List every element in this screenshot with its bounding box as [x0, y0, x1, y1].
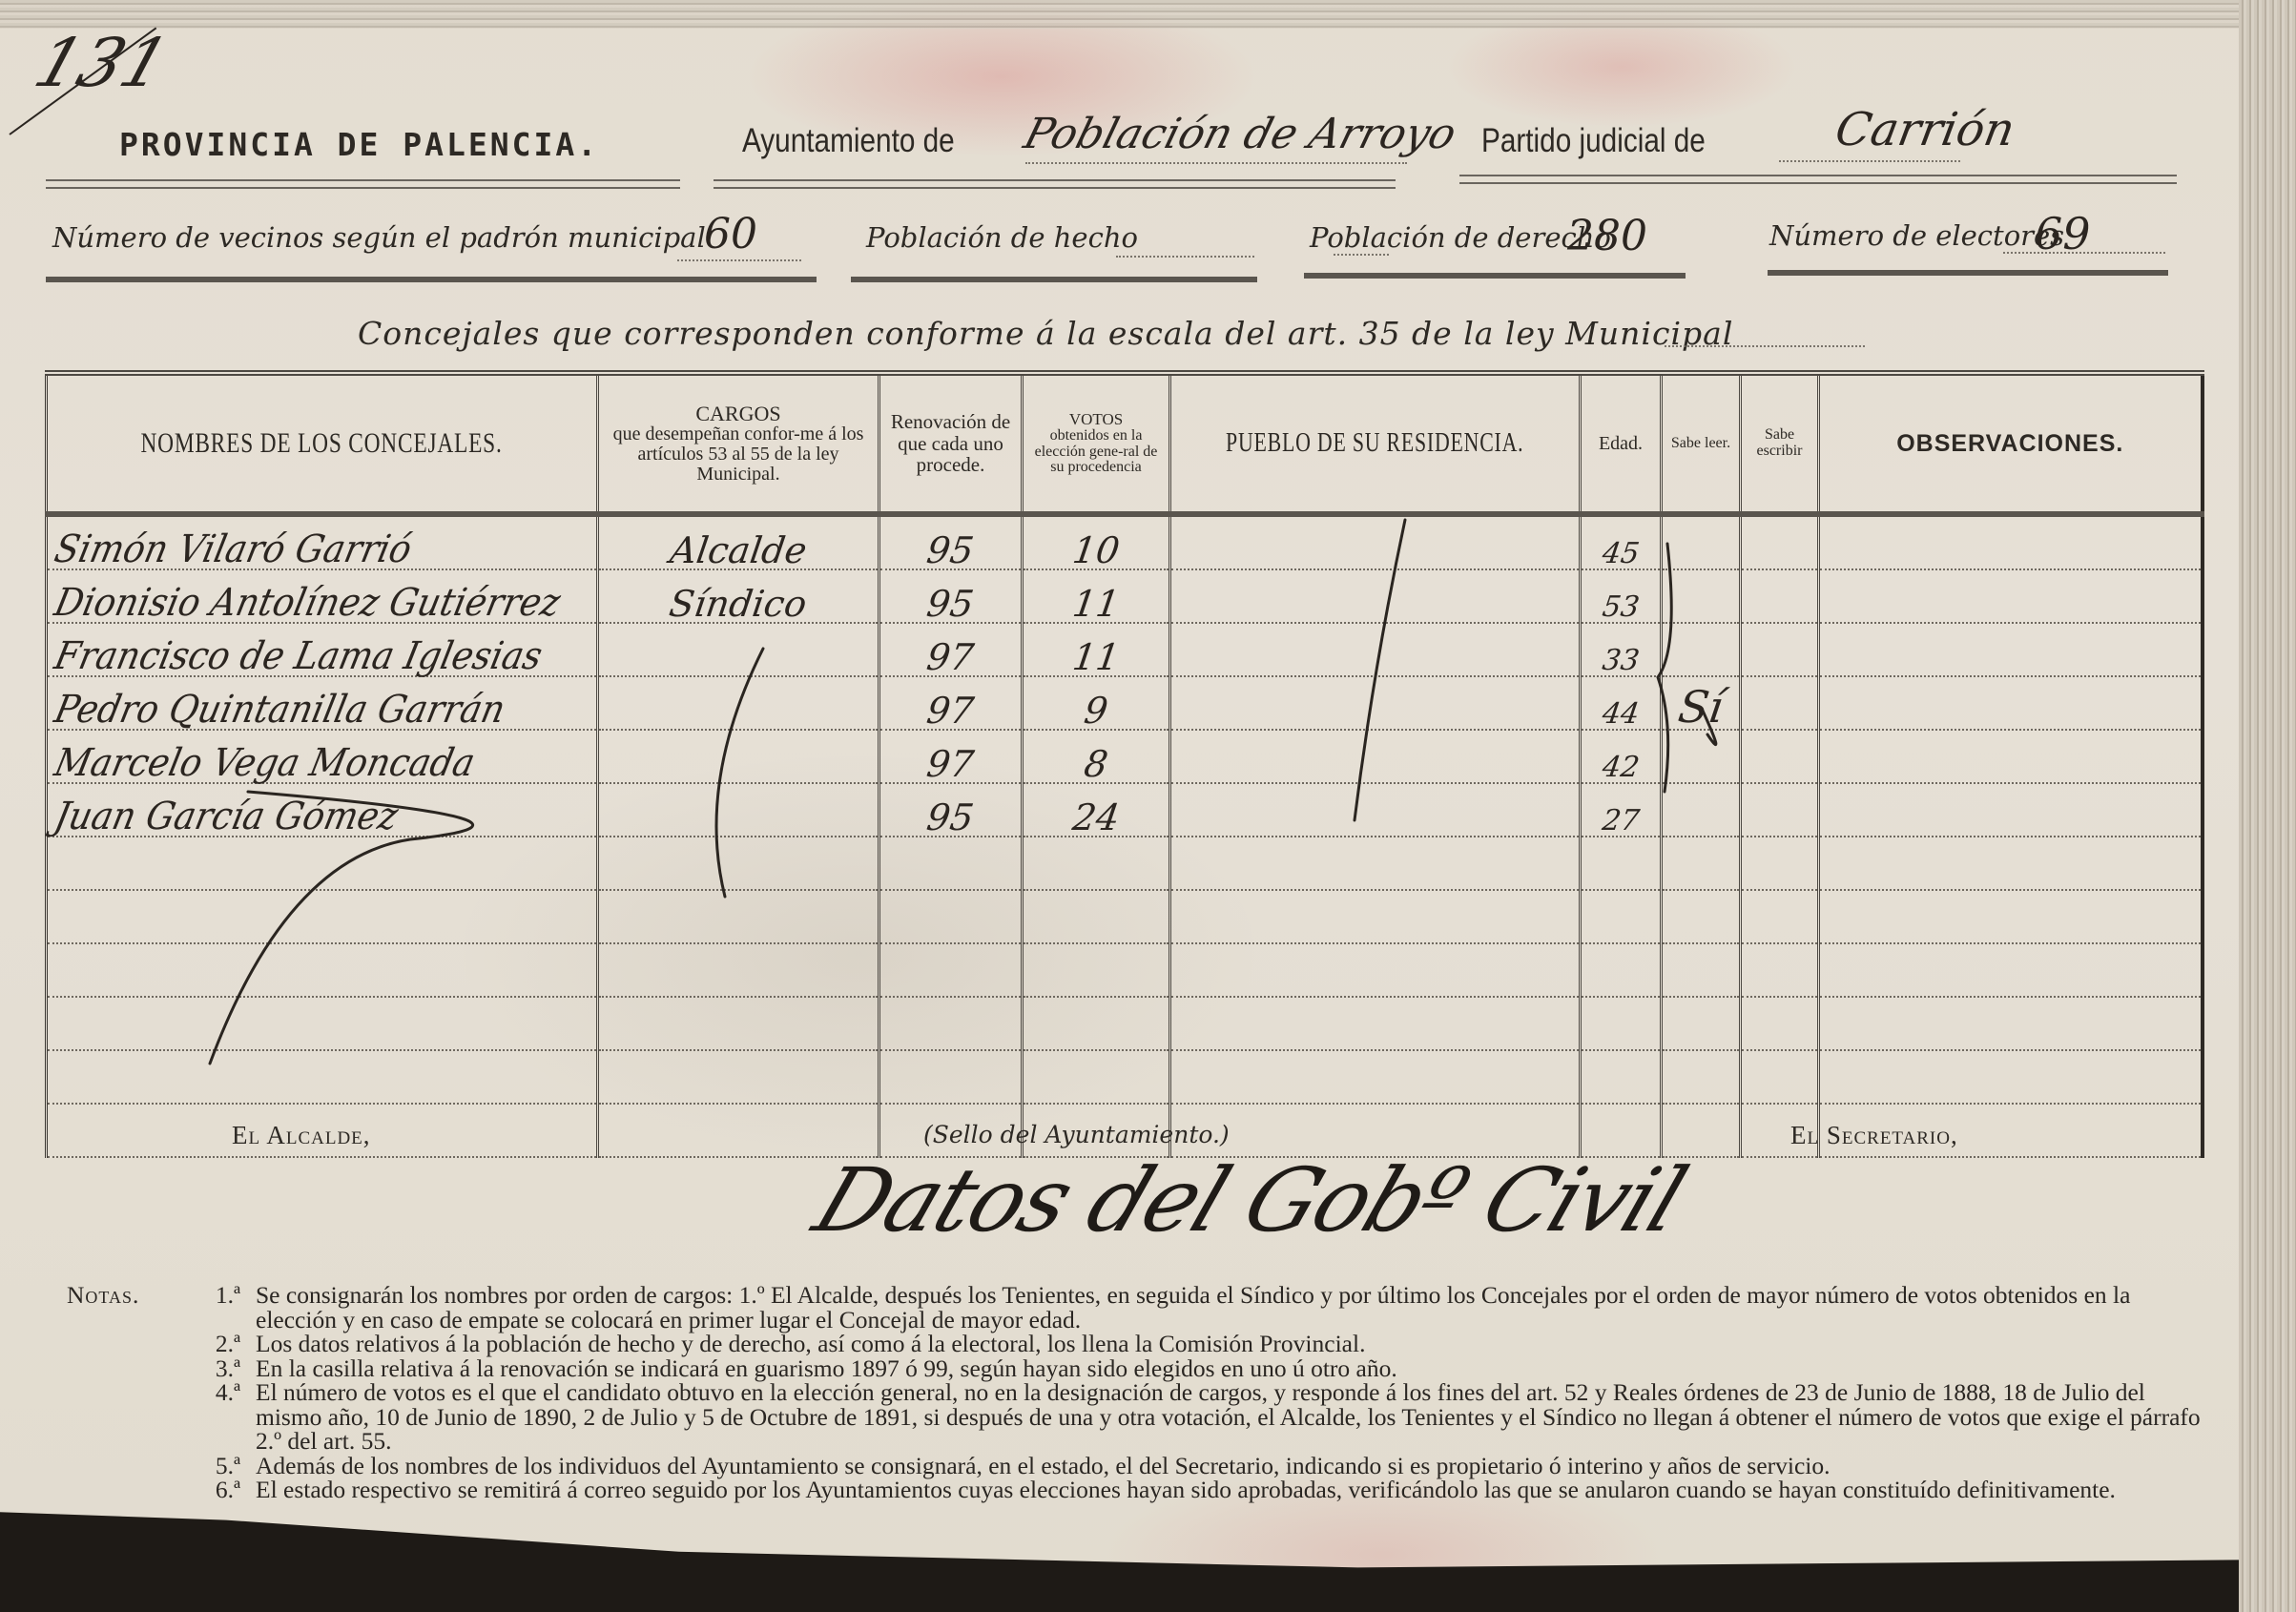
secretario-label: El Secretario, — [1790, 1121, 1958, 1150]
alcalde-label: El Alcalde, — [232, 1121, 371, 1150]
sello-label: (Sello del Ayuntamiento.) — [923, 1121, 1230, 1148]
note-item: 2.ª Los datos relativos á la población d… — [67, 1332, 2213, 1356]
book-page-edges — [2239, 0, 2296, 1612]
gobierno-civil-annotation: Datos del Gobº Civil — [802, 1149, 1698, 1251]
note-item: Notas. 1.ª Se consignarán los nombres po… — [67, 1283, 2213, 1332]
names-column-cancel-stroke — [210, 792, 473, 1064]
edad-brace-stroke — [1658, 544, 1671, 792]
note-item: 5.ª Además de los nombres de los individ… — [67, 1454, 2213, 1478]
note-item: 4.ª El número de votos es el que el cand… — [67, 1380, 2213, 1454]
note-item: 6.ª El estado respectivo se remitirá á c… — [67, 1478, 2213, 1502]
pueblo-column-stroke — [1355, 520, 1405, 820]
note-item: 3.ª En la casilla relativa á la renovaci… — [67, 1356, 2213, 1381]
notes-header: Notas. — [67, 1283, 181, 1332]
notes-section: Notas. 1.ª Se consignarán los nombres po… — [67, 1283, 2213, 1502]
document-page: 131 PROVINCIA DE PALENCIA. Ayuntamiento … — [0, 0, 2263, 1583]
